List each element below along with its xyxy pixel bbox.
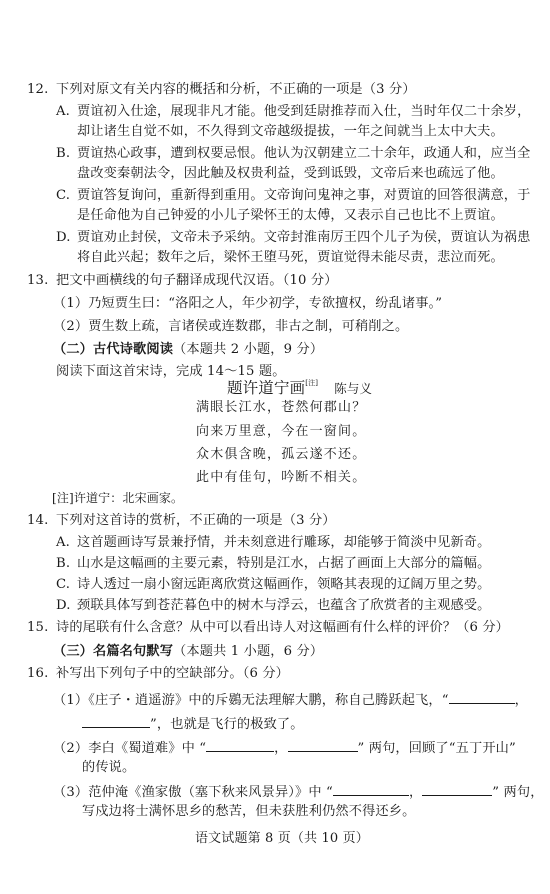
poem-line-4: 此中有佳句，吟断不相关。	[196, 469, 366, 487]
translation-item-2: （2）贾生数上疏，言诸侯或连数郡，非古之制，可稍削之。	[53, 318, 408, 336]
option-d-cont: 将自此兴起；数年之后，梁怀王堕马死，贾谊觉得未能尽责，悲泣而死。	[77, 249, 504, 267]
question-13-stem: 13.把文中画横线的句子翻译成现代汉语。（10 分）	[27, 272, 338, 290]
option-d: D.贾谊劝止封侯，文帝未予采纳。文帝封淮南厉王四个儿子为侯，贾谊认为祸患	[56, 229, 530, 247]
question-12-stem: 12.下列对原文有关内容的概括和分析，不正确的一项是（3 分）	[27, 81, 416, 99]
option-a: A.这首题画诗写景兼抒情，并未刻意进行雕琢，却能够于简淡中见新奇。	[56, 534, 490, 552]
poem-line-2: 向来万里意，今在一窗间。	[196, 423, 366, 441]
fill-item-2-cont: 的传说。	[82, 759, 135, 777]
option-a: A.贾谊初入仕途，展现非凡才能。他受到廷尉推荐而入仕，当时年仅二十余岁，	[56, 103, 530, 121]
page-footer: 语文试题第 8 页（共 10 页）	[195, 830, 369, 848]
option-b-cont: 盘改变秦朝法令，因此触及权贵利益，受到诋毁，文帝后来也疏远了他。	[77, 165, 504, 183]
section-heading-recitation: （三）名篇名句默写（本题共 1 小题，6 分）	[53, 643, 323, 661]
question-number: 12.	[27, 81, 56, 99]
section-heading-poetry: （二）古代诗歌阅读（本题共 2 小题，9 分）	[53, 341, 323, 359]
fill-item-3-cont: 写戍边将士满怀思乡的愁苦，但未获胜利仍然不得还乡。	[82, 803, 415, 821]
poem-line-3: 众木俱含晚，孤云遂不还。	[196, 446, 366, 464]
answer-blank[interactable]	[422, 782, 492, 796]
fill-item-3: （3）范仲淹《渔家傲（塞下秋来风景异）》中 “，” 两句，	[53, 782, 544, 802]
answer-blank[interactable]	[82, 714, 150, 728]
poem-author: 陈与义	[334, 381, 372, 396]
option-d: D.颈联具体写到苍茫暮色中的树木与浮云，也蕴含了欣赏者的主观感受。	[56, 597, 490, 615]
option-c-cont: 是任命他为自己钟爱的小儿子梁怀王的太傅，又表示自己也比不上贾谊。	[77, 207, 504, 225]
fill-item-2: （2）李白《蜀道难》中 “，” 两句，回顾了“五丁开山”	[53, 738, 516, 758]
fill-item-1: （1）《庄子・逍遥游》中的斥鷃无法理解大鹏，称自己腾跃起飞，“，	[53, 690, 528, 710]
option-b: B.山水是这幅画的主要元素，特别是江水，占据了画面上大部分的篇幅。	[56, 555, 490, 573]
question-15-stem: 15.诗的尾联有什么含意？从中可以看出诗人对这幅画有什么样的评价？（6 分）	[27, 619, 509, 637]
poem-title: 题许道宁画	[227, 379, 305, 397]
poem-line-1: 满眼长江水，苍然何郡山？	[196, 399, 366, 417]
answer-blank[interactable]	[288, 738, 358, 752]
option-b: B.贾谊热心政事，遭到权要忌恨。他认为汉朝建立二十余年，政通人和，应当全	[56, 145, 530, 163]
fill-item-1-cont: ”，也就是飞行的极致了。	[82, 714, 304, 734]
answer-blank[interactable]	[333, 782, 409, 796]
option-c: C.贾谊答复询问，重新得到重用。文帝询问鬼神之事，对贾谊的回答很满意，于	[56, 187, 530, 205]
question-16-stem: 16.补写出下列句子中的空缺部分。（6 分）	[27, 665, 289, 683]
poem-footnote: [注]许道宁：北宋画家。	[52, 489, 183, 507]
option-c: C.诗人透过一扇小窗远距离欣赏这幅画作，领略其表现的辽阔万里之势。	[56, 576, 490, 594]
poem-header: 题许道宁画[注]陈与义	[227, 374, 372, 399]
translation-item-1: （1）乃短贾生曰：“洛阳之人，年少初学，专欲擅权，纷乱诸事。”	[53, 295, 442, 313]
poem-note-mark: [注]	[305, 379, 318, 387]
option-a-cont: 却让诸生自觉不如，不久得到文帝越级提拔，一年之间就当上太中大夫。	[77, 123, 504, 141]
answer-blank[interactable]	[449, 690, 515, 704]
question-14-stem: 14.下列对这首诗的赏析，不正确的一项是（3 分）	[27, 512, 336, 530]
answer-blank[interactable]	[206, 738, 274, 752]
